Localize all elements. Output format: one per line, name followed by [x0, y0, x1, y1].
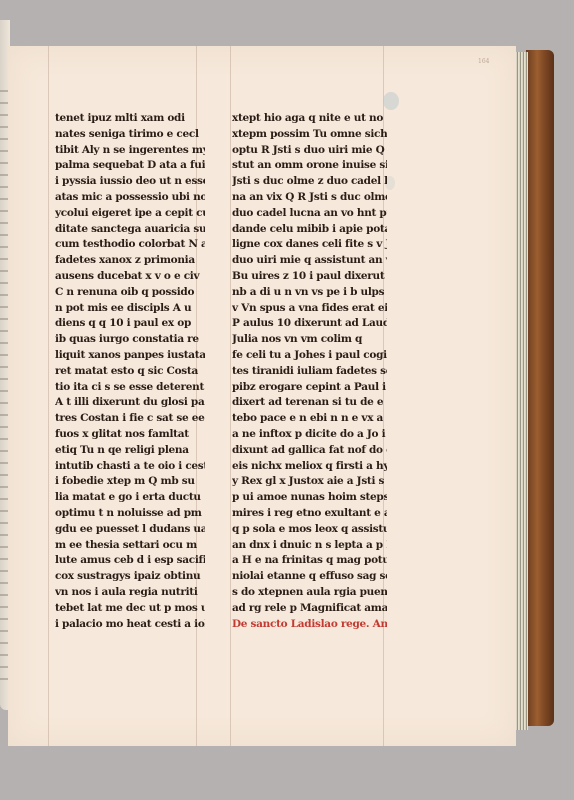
page-edges [516, 52, 528, 730]
manuscript-line: m ee thesia settari ocu m [55, 538, 205, 554]
manuscript-line: duo cadel lucna an vo hnt pta [232, 206, 387, 222]
ruling-line [230, 46, 231, 746]
manuscript-line: C n renuna oib q possido [55, 285, 205, 301]
manuscript-line: etiq Tu n qe religi plena [55, 443, 205, 459]
manuscript-line: ret matat esto q sic Costa [55, 364, 205, 380]
manuscript-line: na an vix Q R Jsti s duc olme z [232, 190, 387, 206]
manuscript-line: q p sola e mos leox q assistut [232, 522, 387, 538]
manuscript-line: gdu ee puesset l dudans ua [55, 522, 205, 538]
manuscript-line: tio ita ci s se esse deterent [55, 380, 205, 396]
left-page-text-edge [0, 90, 8, 690]
manuscript-line: pibz erogare cepint a Paul i 10 [232, 380, 387, 396]
manuscript-line: vn nos i aula regia nutriti [55, 585, 205, 601]
manuscript-line: an dnx i dnuic n s lepta a p B [232, 538, 387, 554]
manuscript-line: eis nichx meliox q firsti a hy s [232, 459, 387, 475]
manuscript-line: ligne cox danes celi fite s v Jsti sut [232, 237, 387, 253]
manuscript-line: fe celi tu a Johes i paul cogite [232, 348, 387, 364]
manuscript-line: niolai etanne q effuso sag secuti [232, 569, 387, 585]
manuscript-line: v Vn spus a vna fides erat eis pe t [232, 301, 387, 317]
manuscript-line: Jsti s duc olme z duo cadel lucer [232, 174, 387, 190]
manuscript-line: xtepm possim Tu omne sich [232, 127, 387, 143]
manuscript-line: lia matat e go i erta ductu [55, 490, 205, 506]
manuscript-line: ycolui eigeret ipe a cepit cupi [55, 206, 205, 222]
manuscript-line: xtept hio aga q nite e ut no [232, 111, 387, 127]
manuscript-line: tes tiranidi iuliam fadetes se spau [232, 364, 387, 380]
manuscript-line: ib quas iurgo constatia re [55, 332, 205, 348]
manuscript-line: y Rex gl x Justox aie a Jsti s sa q [232, 474, 387, 490]
manuscript-line: cox sustragys ipaiz obtinu [55, 569, 205, 585]
manuscript-line: intutib chasti a te oio i cesti [55, 459, 205, 475]
manuscript-line: nb a di u n vn vs pe i b ulps [232, 285, 387, 301]
manuscript-line: dixunt ad gallica fat nof do celi et [232, 443, 387, 459]
manuscript-line: liquit xanos panpes iustata [55, 348, 205, 364]
manuscript-line: p ui amoe nunas hoim stepsert su [232, 490, 387, 506]
manuscript-line: ausens ducebat x v o e civ [55, 269, 205, 285]
manuscript-line: stut an omm orone inuise sic v [232, 158, 387, 174]
manuscript-line: tebo pace e n ebi n n e vx a Sps [232, 411, 387, 427]
manuscript-line: i palacio mo heat cesti a iob [55, 617, 205, 633]
manuscript-line: s do xtepnen aula rgia puenert [232, 585, 387, 601]
manuscript-line: Julia nos vn vm colim q [232, 332, 387, 348]
manuscript-line: lute amus ceb d i esp sacifica [55, 553, 205, 569]
ruling-line [48, 46, 49, 746]
manuscript-line: diens q q 10 i paul ex op [55, 316, 205, 332]
manuscript-line: a ne inftox p dicite do a Jo i paul [232, 427, 387, 443]
manuscript-line: dande celu mibib i apie potas e q [232, 222, 387, 238]
left-text-column: tenet ipuz mlti xam odinates seniga tiri… [55, 111, 205, 632]
manuscript-line: A t illi dixerunt du glosi pa [55, 395, 205, 411]
manuscript-line: atas mic a possessio ubi no [55, 190, 205, 206]
manuscript-line: dixert ad terenan si tu de e iulia [232, 395, 387, 411]
manuscript-line: ad rg rele p Magnificat ama [232, 601, 387, 617]
manuscript-line: nates seniga tirimo e cecl [55, 127, 205, 143]
manuscript-line: tebet lat me dec ut p mos ug [55, 601, 205, 617]
manuscript-line: n pot mis ee discipls A u [55, 301, 205, 317]
manuscript-line: i fobedie xtep m Q mb su [55, 474, 205, 490]
manuscript-line: cum testhodio colorbat N a [55, 237, 205, 253]
manuscript-line: P aulus 10 dixerunt ad Laud [232, 316, 387, 332]
manuscript-line: ditate sanctega auaricia suaz [55, 222, 205, 238]
manuscript-line: palma sequebat D ata a fuit [55, 158, 205, 174]
manuscript-line: Bu uires z 10 i paul dixerut iulia [232, 269, 387, 285]
manuscript-line: tres Costan i fie c sat se ee [55, 411, 205, 427]
folio-number: 164 [478, 58, 489, 65]
manuscript-line: tenet ipuz mlti xam odi [55, 111, 205, 127]
manuscript-line: mires i reg etno exultant e aplis o [232, 506, 387, 522]
manuscript-line: optimu t n noluisse ad pm [55, 506, 205, 522]
manuscript-line: fadetes xanox z primonia [55, 253, 205, 269]
book-cover-leather [526, 50, 554, 726]
manuscript-line: duo uiri mie q assistunt an vo R [232, 253, 387, 269]
right-text-column: xtept hio aga q nite e ut noxtepm possim… [232, 111, 387, 632]
manuscript-line: i pyssia iussio deo ut n esset [55, 174, 205, 190]
manuscript-line: De sancto Ladislao rege. Anth [232, 617, 387, 633]
manuscript-line: tibit Aly n se ingerentes my [55, 143, 205, 159]
stain [383, 92, 399, 110]
manuscript-line: fuos x glitat nos famltat [55, 427, 205, 443]
manuscript-line: optu R Jsti s duo uiri mie Q assi [232, 143, 387, 159]
manuscript-line: a H e na frinitas q mag potuit [232, 553, 387, 569]
